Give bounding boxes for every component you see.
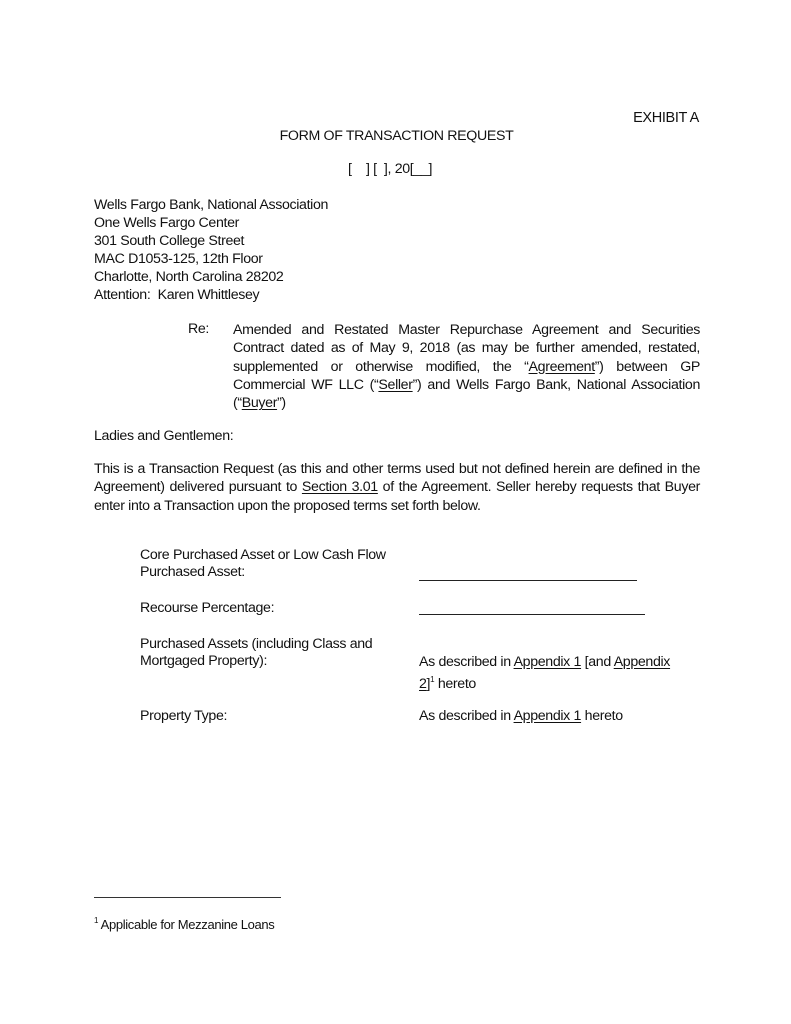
- blank-field[interactable]: [419, 566, 637, 581]
- value-text: [and: [581, 654, 614, 670]
- appendix-2-reference: Appendix: [614, 654, 670, 670]
- address-line: Attention: Karen Whittlesey: [94, 286, 328, 304]
- term-value-property-type: As described in Appendix 1 hereto: [419, 708, 623, 725]
- address-line: 301 South College Street: [94, 232, 328, 250]
- defined-term-buyer: Buyer: [242, 395, 277, 411]
- footnote-text: Applicable for Mezzanine Loans: [98, 917, 274, 932]
- section-reference: Section 3.01: [302, 479, 378, 495]
- value-text: hereto: [434, 676, 476, 692]
- term-label-purchased-assets: Purchased Assets (including Class and Mo…: [140, 636, 372, 670]
- term-label-line: Purchased Assets (including Class and: [140, 636, 372, 653]
- exhibit-label: EXHIBIT A: [633, 110, 699, 126]
- defined-term-seller: Seller: [378, 377, 412, 393]
- date-line: [ ] [ ], 20[__]: [348, 161, 432, 177]
- value-text: As described in: [419, 654, 514, 670]
- term-label-core-asset: Core Purchased Asset or Low Cash Flow Pu…: [140, 547, 386, 581]
- address-line: MAC D1053-125, 12th Floor: [94, 250, 328, 268]
- form-title-text: FORM OF TRANSACTION REQUEST: [280, 128, 514, 144]
- term-label-line: Core Purchased Asset or Low Cash Flow: [140, 547, 386, 564]
- salutation: Ladies and Gentlemen:: [94, 428, 233, 444]
- term-label-line: Mortgaged Property):: [140, 653, 372, 670]
- value-text: hereto: [581, 708, 623, 724]
- re-label: Re:: [188, 321, 209, 337]
- term-value-recourse[interactable]: [419, 600, 645, 620]
- appendix-1-reference: Appendix 1: [514, 654, 582, 670]
- appendix-1-reference: Appendix 1: [514, 708, 582, 724]
- recipient-address: Wells Fargo Bank, National Association O…: [94, 196, 328, 304]
- address-line: One Wells Fargo Center: [94, 214, 328, 232]
- address-line: Wells Fargo Bank, National Association: [94, 196, 328, 214]
- footnote-divider: [94, 897, 281, 898]
- re-text: ”): [277, 395, 286, 411]
- footnote: 1 Applicable for Mezzanine Loans: [94, 916, 274, 932]
- re-subject: Amended and Restated Master Repurchase A…: [233, 321, 700, 412]
- term-value-purchased-assets: As described in Appendix 1 [and Appendix…: [419, 654, 670, 693]
- intro-paragraph: This is a Transaction Request (as this a…: [94, 460, 700, 515]
- form-title: FORM OF TRANSACTION REQUEST: [0, 128, 791, 144]
- defined-term-agreement: Agreement: [529, 359, 595, 375]
- address-line: Charlotte, North Carolina 28202: [94, 268, 328, 286]
- appendix-2-reference: 2: [419, 676, 427, 692]
- term-label-line: Purchased Asset:: [140, 564, 386, 581]
- term-label-recourse: Recourse Percentage:: [140, 600, 274, 617]
- term-value-core-asset[interactable]: [419, 566, 637, 586]
- term-label-property-type: Property Type:: [140, 708, 227, 725]
- blank-field[interactable]: [419, 600, 645, 615]
- value-text: As described in: [419, 708, 514, 724]
